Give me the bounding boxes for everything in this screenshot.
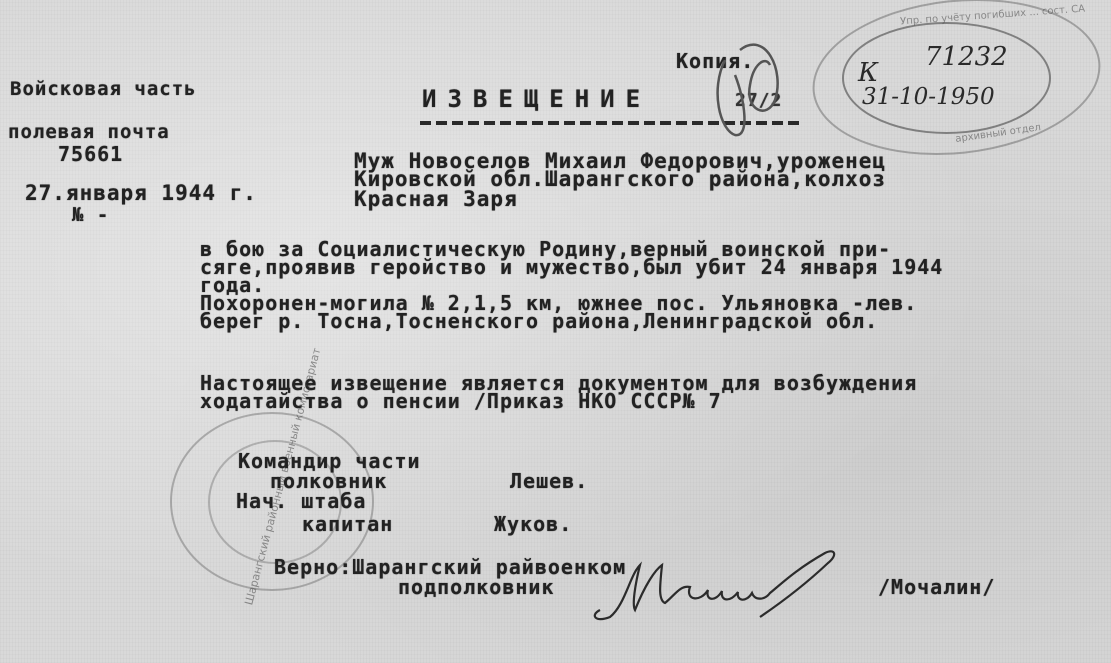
commander-name: Лешев. [510, 472, 588, 490]
certification-line-2: подполковник [398, 578, 555, 596]
chief-of-staff-name: Жуков. [494, 515, 572, 533]
field-post-label: полевая почта [8, 123, 170, 141]
notice-number-label: № - [72, 206, 109, 224]
body-line-5: берег р. Тосна,Тосненского района,Ленинг… [200, 312, 878, 330]
chief-of-staff-rank: капитан [302, 515, 393, 533]
registration-code-number: 71232 [925, 42, 1008, 72]
body-line-2: сяге,проявив геройство и мужество,был уб… [200, 258, 943, 276]
chief-of-staff-title: Нач. штаба [236, 492, 366, 510]
certification-line-1: Верно:Шарангский райвоенком [274, 558, 626, 576]
addressee-line-2: Кировской обл.Шарангского района,колхоз [354, 170, 886, 188]
registration-date: 31-10-1950 [862, 84, 995, 110]
unit-label: Войсковая часть [10, 80, 197, 98]
field-post-number: 75661 [58, 145, 123, 163]
addressee-line-3: Красная Заря [354, 190, 518, 208]
handwritten-scribble-mark [705, 30, 785, 140]
pension-note-line-2: ходатайства о пенсии /Приказ НКО СССР№ 7 [200, 392, 722, 410]
certifier-name: /Мочалин/ [878, 578, 995, 596]
commander-title: Командир части [238, 452, 421, 470]
handwritten-signature [590, 545, 890, 625]
document-title: ИЗВЕЩЕНИЕ [422, 90, 651, 108]
commander-rank: полковник [270, 472, 387, 490]
notice-date: 27.января 1944 г. [25, 184, 257, 202]
